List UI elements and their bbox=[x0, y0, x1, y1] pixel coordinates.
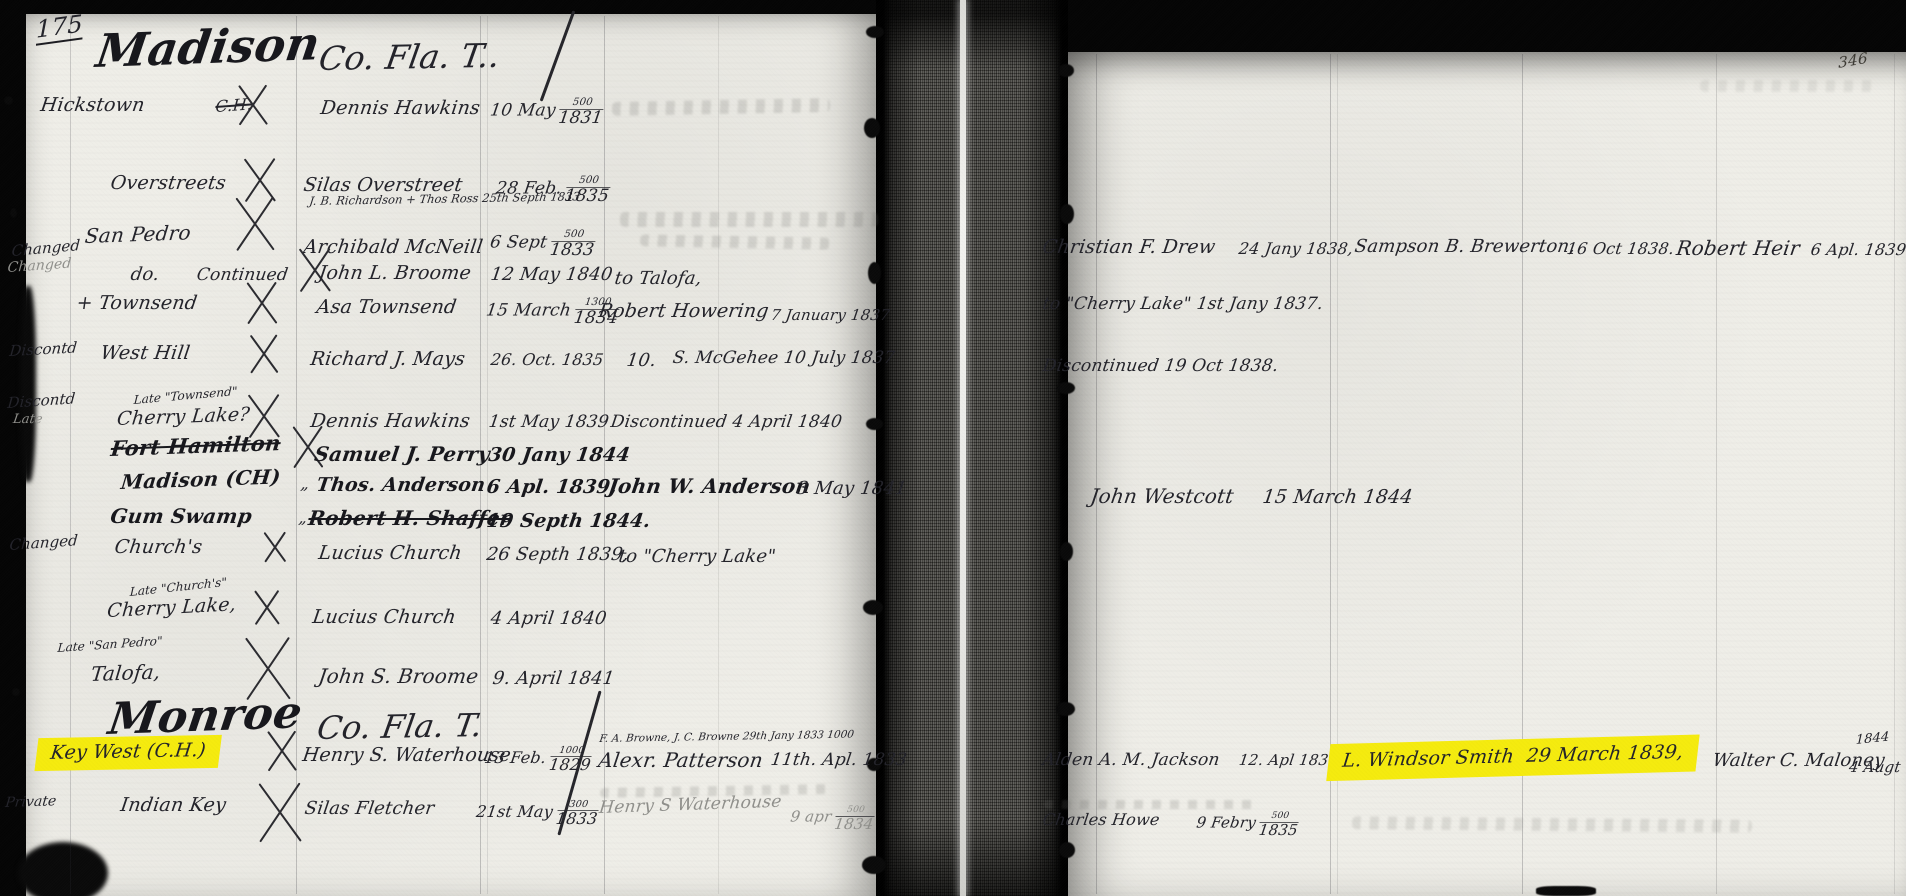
successor-date: 15 March 1844 bbox=[1261, 488, 1414, 507]
office-name: Gum Swamp bbox=[109, 506, 253, 526]
margin-note: Private bbox=[5, 794, 57, 810]
successor-date: 11th. Apl. 1833 bbox=[770, 752, 908, 769]
year-value: 1831 bbox=[557, 110, 603, 126]
successor-name: Alexr. Patterson bbox=[597, 750, 764, 770]
successor-name: John W. Anderson bbox=[607, 476, 812, 496]
superscript-year: 1844 bbox=[1856, 731, 1890, 747]
postmaster-name: Henry S. Waterhouse bbox=[301, 746, 512, 765]
successor-date: 7 January 1837 bbox=[770, 308, 891, 323]
successor-name: Charles Howe bbox=[1042, 812, 1161, 828]
x-mark bbox=[230, 196, 278, 252]
x-mark bbox=[252, 782, 306, 844]
successor-date: 9 apr5001834 bbox=[789, 806, 877, 831]
appointment-date: 4 April 1840 bbox=[489, 610, 607, 628]
successor-date: 29 March 1839, bbox=[1525, 741, 1684, 767]
ink-blot bbox=[1056, 702, 1075, 716]
ink-blot bbox=[1057, 382, 1075, 394]
postmaster-name: Asa Townsend bbox=[315, 298, 457, 317]
margin-note: Late bbox=[12, 413, 43, 426]
transfer-note: to "Cherry Lake" 1st Jany 1837. bbox=[1042, 296, 1325, 313]
year-value: 1833 bbox=[549, 242, 595, 258]
ink-blot bbox=[866, 26, 884, 38]
edge-shadow bbox=[20, 286, 36, 482]
x-mark bbox=[244, 334, 282, 374]
date-text: 6 Sept bbox=[489, 233, 549, 253]
successor-name: Alden A. M. Jackson bbox=[1042, 752, 1221, 769]
transfer-note: to Talofa, bbox=[613, 270, 702, 288]
postmaster-name: Dennis Hawkins bbox=[309, 412, 471, 431]
ink-blot bbox=[1060, 204, 1074, 224]
county-heading: Madison bbox=[93, 20, 323, 74]
appointment-date: 30 Jany 1844 bbox=[487, 446, 631, 465]
office-name: Church's bbox=[113, 538, 203, 557]
successor-note: S. McGehee 10 July 1837 bbox=[672, 350, 896, 367]
successor-name: Robert Howering bbox=[597, 302, 770, 321]
successor-name: Christian F. Drew bbox=[1041, 238, 1216, 257]
x-mark bbox=[262, 730, 300, 772]
postmaster-name: Lucius Church bbox=[317, 544, 463, 563]
successor-date: 24 Jany 1838, bbox=[1238, 241, 1354, 257]
postmaster-name: John S. Broome bbox=[317, 666, 480, 686]
ink-blot bbox=[1059, 842, 1075, 858]
postmaster-name: Lucius Church bbox=[311, 608, 457, 627]
appointment-date: 12 May 1840 bbox=[489, 266, 613, 284]
postmaster-name: Thos. Anderson bbox=[315, 476, 486, 495]
ledger-scan: 175 Madison Co. Fla. T.. Hickstown C.H. … bbox=[0, 0, 1906, 896]
successor-name: John Westcott bbox=[1089, 486, 1235, 506]
date-text: 10 May bbox=[489, 101, 557, 121]
appointment-date: 9. April 1841 bbox=[491, 670, 615, 688]
appointment-date: 13 Feb.10001829 bbox=[482, 746, 593, 772]
county-heading-territory: Co. Fla. T.. bbox=[317, 39, 503, 75]
postmaster-name: Robert H. Shaffer bbox=[307, 508, 512, 528]
ink-blot bbox=[862, 856, 886, 874]
speck bbox=[4, 96, 13, 105]
x-mark bbox=[232, 84, 272, 126]
postmaster-name: Samuel J. Perry bbox=[313, 444, 491, 464]
successor-date: 6 Apl. 1839. bbox=[1810, 242, 1906, 258]
margin-note: Discontd bbox=[9, 340, 78, 358]
date-text: 13 Feb. bbox=[483, 748, 548, 767]
appointment-date: 6 Sept5001833 bbox=[488, 230, 597, 258]
office-name: Fort Hamilton bbox=[110, 432, 282, 459]
gutter-highlight-streak bbox=[960, 0, 966, 896]
speck bbox=[12, 688, 20, 696]
x-mark bbox=[240, 282, 282, 326]
appointment-date: 26 Septh 1839, bbox=[485, 546, 630, 564]
successor-date: 9 Febry5001835 bbox=[1195, 812, 1301, 837]
postmaster-name: Richard J. Mays bbox=[309, 350, 466, 369]
discontinued-note: Discontinued 19 Oct 1838. bbox=[1042, 358, 1280, 375]
postmaster-name: Silas Fletcher bbox=[303, 800, 435, 818]
year-value: 1835 bbox=[1258, 823, 1299, 837]
successor-name: Robert Heir bbox=[1675, 238, 1801, 258]
office-name: Indian Key bbox=[119, 796, 227, 815]
discontinued-note: Discontinued 4 April 1840 bbox=[610, 414, 843, 431]
date-text: 21st May bbox=[475, 802, 554, 821]
successor-date: 3 May 1841 bbox=[795, 480, 908, 498]
successor-date: 12. Apl 1836 bbox=[1238, 753, 1339, 768]
year-value: 1829 bbox=[548, 757, 592, 772]
note-number: 10. bbox=[625, 352, 657, 370]
postmaster-name: John L. Broome bbox=[317, 264, 472, 283]
postmaster-name: Dennis Hawkins bbox=[319, 99, 481, 118]
ink-blot bbox=[868, 262, 881, 284]
ink-blot bbox=[866, 418, 883, 430]
ink-bleed-smudge bbox=[1044, 800, 1256, 809]
date-text: 15 March bbox=[485, 301, 573, 321]
successor-date: 16 Oct 1838. bbox=[1566, 241, 1675, 257]
appointment-date: 10 May5001831 bbox=[488, 98, 605, 126]
year-value: 1833 bbox=[555, 811, 599, 826]
date-text: 9 Febry bbox=[1195, 814, 1257, 832]
transfer-note: to "Cherry Lake" bbox=[617, 548, 776, 566]
office-name-highlighted: Key West (C.H.) bbox=[39, 739, 217, 767]
ink-blot bbox=[1060, 542, 1073, 561]
office-name: + Townsend bbox=[75, 294, 198, 313]
office-name: San Pedro bbox=[84, 222, 192, 246]
appointment-date: 19 Septh 1844. bbox=[485, 512, 651, 531]
office-name: Talofa, bbox=[90, 662, 162, 684]
successor-name: L. Windsor Smith bbox=[1341, 745, 1515, 771]
office-name: Cherry Lake? bbox=[116, 405, 251, 429]
appointment-date: 1st May 1839 bbox=[488, 414, 610, 431]
office-name: Madison (CH) bbox=[120, 466, 282, 492]
office-name: West Hill bbox=[99, 344, 191, 363]
ink-bleed-smudge bbox=[1700, 80, 1880, 92]
ink-blot bbox=[864, 118, 880, 138]
speck bbox=[1536, 886, 1596, 896]
county-heading-territory: Co. Fla. T. bbox=[315, 709, 485, 744]
office-name: Overstreets bbox=[109, 174, 227, 193]
speck bbox=[10, 208, 17, 218]
ink-bleed-smudge bbox=[620, 212, 878, 227]
ink-blot bbox=[863, 600, 883, 615]
year-value: 1834 bbox=[834, 817, 875, 831]
date-text: 9 apr bbox=[789, 808, 833, 826]
office-name: Hickstown bbox=[39, 96, 146, 115]
appointment-date: 26. Oct. 1835 bbox=[490, 352, 605, 368]
appointment-date: 6 Apl. 1839, bbox=[485, 478, 618, 497]
office-name: do. bbox=[129, 266, 160, 284]
successor-name: Sampson B. Brewerton, bbox=[1353, 238, 1576, 256]
x-mark bbox=[260, 532, 288, 564]
corner-shadow bbox=[18, 842, 108, 896]
successor-date: 4 Augt bbox=[1848, 760, 1902, 775]
ink-blot bbox=[1058, 64, 1074, 77]
x-mark bbox=[248, 590, 284, 626]
appointment-date: 21st May3001833 bbox=[474, 800, 600, 826]
